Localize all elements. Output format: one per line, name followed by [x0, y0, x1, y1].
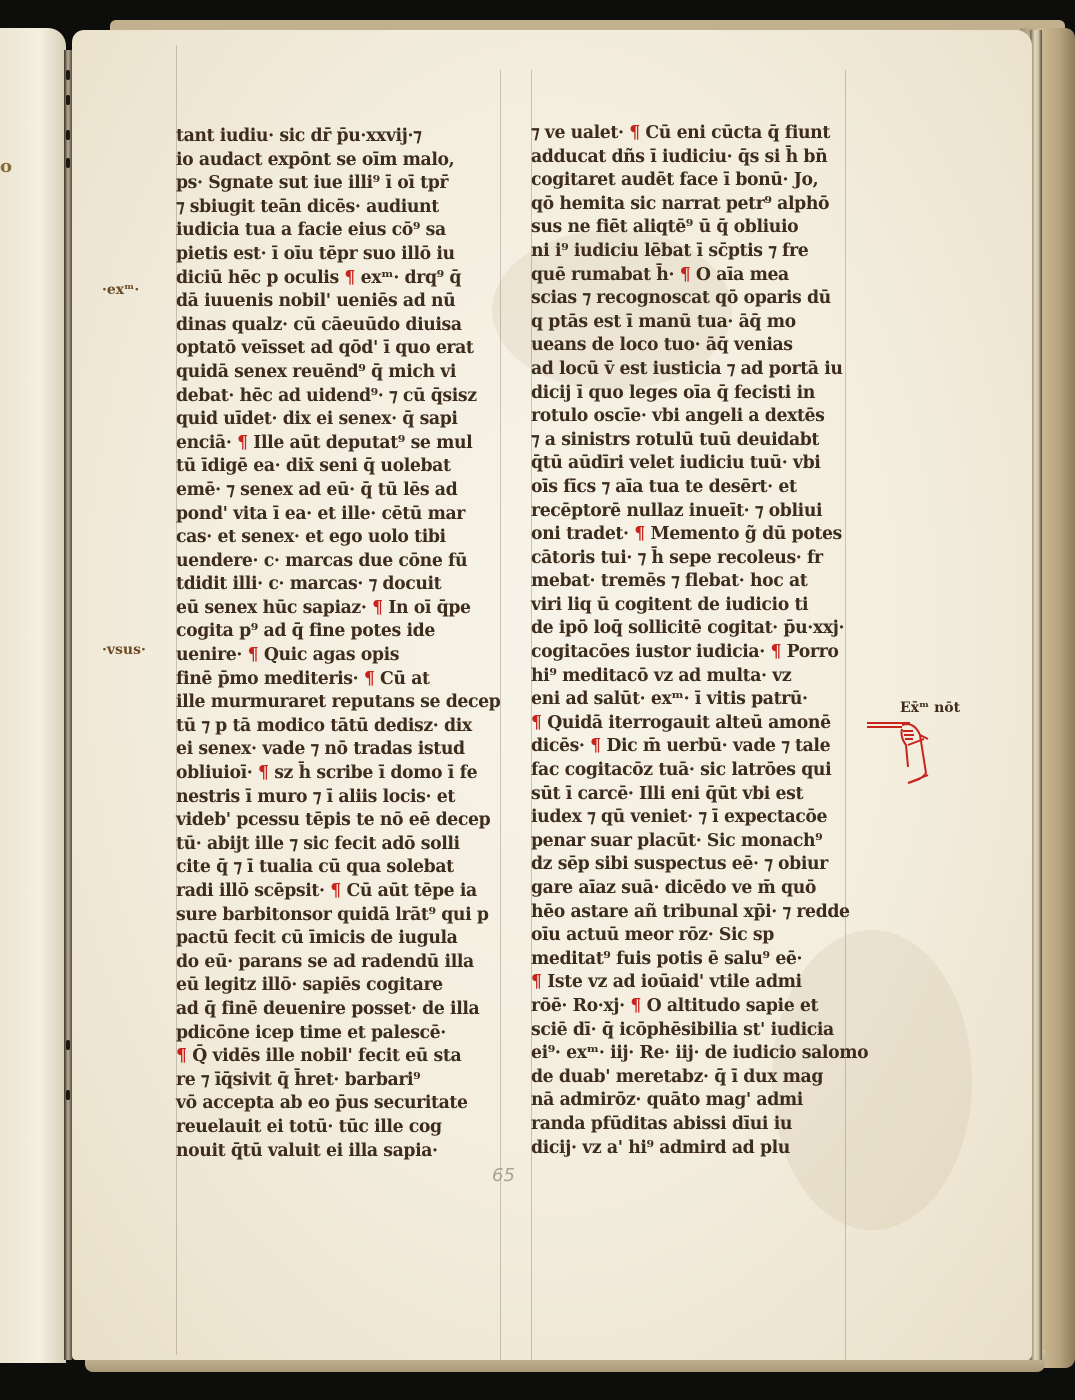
text-line: ueans de loco tuo· āq̄ venias [531, 334, 868, 358]
rubric-paraph: ¶ [531, 713, 542, 733]
text-line: cogitaret audēt face ī bonū· Jo, [531, 169, 868, 193]
text-line: rōē· Ro·xj· ¶ O altitudo sapie et [531, 995, 868, 1019]
sewing-hole [66, 70, 70, 80]
text-line: hēo astare añ tribunal xp̄i· ⁊ redde [531, 901, 868, 925]
text-line: obliuioī· ¶ sz h̄ scribe ī domo ī fe [176, 762, 500, 786]
text-line: fac cogitacōz tuā· sic latrōes qui [531, 759, 868, 783]
text-line: qō hemita sic narrat petr⁹ alphō [531, 193, 868, 217]
text-line: oīs fīcs ⁊ aīa tua te desērt· et [531, 476, 868, 500]
rubric-paraph: ¶ [258, 763, 269, 783]
text-line: penar suar placūt· Sic monach⁹ [531, 830, 868, 854]
text-line: ¶ Iste vz ad ioūaid' vtile admi [531, 971, 868, 995]
text-line: reuelauit ei totū· tūc ille cog [176, 1116, 500, 1140]
text-line: debat· hēc ad uidend⁹· ⁊ cū q̄sisz [176, 385, 500, 409]
text-line: nā admirōz· quāto mag' admi [531, 1089, 868, 1113]
text-line: de duab' meretabz· q̄ ī dux mag [531, 1066, 868, 1090]
facing-page-left: o [0, 28, 66, 1363]
manuscript-page: tant iudiu· sic dr̄ p̄u·xxvij·⁊io audact… [72, 30, 1032, 1360]
text-line: iudex ⁊ qū veniet· ⁊ ī expectacōe [531, 806, 868, 830]
text-line: tū īdigē ea· dix̄ seni q̄ uolebat [176, 455, 500, 479]
text-line: cite q̄ ⁊ ī tualia cū qua solebat [176, 856, 500, 880]
rubric-paraph: ¶ [248, 645, 259, 665]
text-line: radi illō scēpsit· ¶ Cū aūt tēpe ia [176, 880, 500, 904]
text-line: q̄tū aūdīri velet iudiciu tuū· vbi [531, 452, 868, 476]
rubric-paraph: ¶ [176, 1046, 187, 1066]
rubric-paraph: ¶ [630, 996, 641, 1016]
text-line: ni i⁹ iudiciu lēbat ī sc̄ptis ⁊ fre [531, 240, 868, 264]
rubric-paraph: ¶ [531, 972, 542, 992]
text-line: nestris ī muro ⁊ ī aliis locis· et [176, 786, 500, 810]
text-line: recēptorē nullaz inueīt· ⁊ obliui [531, 500, 868, 524]
rubric-paraph: ¶ [364, 669, 375, 689]
text-line: sus ne fiēt aliqtē⁹ ū q̄ obliuio [531, 216, 868, 240]
text-line: quidā senex reuēnd⁹ q̄ mich vi [176, 361, 500, 385]
text-line: randa pfūditas abissi dīui iu [531, 1113, 868, 1137]
text-line: ⁊ ve ualet· ¶ Cū eni cūcta q̄ fiunt [531, 122, 868, 146]
rubric-paraph: ¶ [590, 736, 601, 756]
book-gutter [64, 50, 72, 1360]
text-line: iudicia tua a facie eius cō⁹ sa [176, 219, 500, 243]
text-line: vō accepta ab eo p̄us securitate [176, 1092, 500, 1116]
text-line: ei⁹· exᵐ· iij· Re· iij· de iudicio salom… [531, 1042, 868, 1066]
text-line: pactū fecit cū īmicis de iugula [176, 927, 500, 951]
text-column-right: ⁊ ve ualet· ¶ Cū eni cūcta q̄ fiuntadduc… [531, 122, 868, 1160]
text-line: cas· et senex· et ego uolo tibi [176, 526, 500, 550]
text-line: uenire· ¶ Quic agas opis [176, 644, 500, 668]
text-line: pond' vita ī ea· et ille· cētū mar [176, 503, 500, 527]
text-line: tū ⁊ p tā modico tātū dedisz· dix [176, 715, 500, 739]
text-line: gare aīaz suā· dicēdo ve m̄ quō [531, 877, 868, 901]
rubric-paraph: ¶ [680, 265, 691, 285]
text-line: tant iudiu· sic dr̄ p̄u·xxvij·⁊ [176, 125, 500, 149]
margin-note-manicule: Ex̄ᵐ nōt [900, 700, 960, 716]
text-line: dicēs· ¶ Dic m̄ uerbū· vade ⁊ tale [531, 735, 868, 759]
text-line: hi⁹ meditacō vz ad multa· vz [531, 665, 868, 689]
sewing-hole [66, 158, 70, 168]
rubric-paraph: ¶ [237, 433, 248, 453]
text-line: diciū hēc p oculis ¶ exᵐ· drq⁹ q̄ [176, 267, 500, 291]
text-line: ⁊ a sinistrs rotulū tuū deuidabt [531, 429, 868, 453]
text-line: do eū· parans se ad radendū illa [176, 951, 500, 975]
text-line: eni ad salūt· exᵐ· ī vitis patrū· [531, 688, 868, 712]
margin-note-usus: ·vsus· [102, 642, 146, 658]
rubric-paraph: ¶ [770, 642, 781, 662]
text-line: finē p̄mo mediteris· ¶ Cū at [176, 668, 500, 692]
folio-number: 65 [492, 1165, 515, 1186]
text-line: ⁊ sbiugit teān dicēs· audiunt [176, 196, 500, 220]
rubric-paraph: ¶ [629, 123, 640, 143]
sewing-hole [66, 95, 70, 105]
text-line: emē· ⁊ senex ad eū· q̄ tū lēs ad [176, 479, 500, 503]
text-line: ille murmuraret reputans se decep [176, 691, 500, 715]
text-line: meditat⁹ fuis potis ē salu⁹ eē· [531, 948, 868, 972]
text-line: eū senex hūc sapiaz· ¶ In oī q̄ре [176, 597, 500, 621]
text-line: ¶ Quidā iterrogauit alteū amonē [531, 712, 868, 736]
text-line: sure barbitonsor quidā lrāt⁹ qui p [176, 904, 500, 928]
text-column-left: tant iudiu· sic dr̄ p̄u·xxvij·⁊io audact… [176, 125, 500, 1163]
text-line: ei senex· vade ⁊ nō tradas istud [176, 738, 500, 762]
text-line: dinas qualz· cū cāeuūdo diuisa [176, 314, 500, 338]
text-line: pdicōne icep time et palescē· [176, 1022, 500, 1046]
margin-note-exemplum: ·exᵐ· [102, 282, 139, 298]
text-line: dicij· vz a' hi⁹ admird ad plu [531, 1137, 868, 1161]
text-line: cogita p⁹ ad q̄ fine potes ide [176, 620, 500, 644]
sewing-hole [66, 130, 70, 140]
text-line: ps· Sgnate sut iue illi⁹ ī oī tpr̄ [176, 172, 500, 196]
text-line: sūt ī carcē· Illi eni q̄ūt vbi est [531, 783, 868, 807]
text-line: optatō veīsset ad qōd' ī quo erat [176, 337, 500, 361]
sewing-hole [66, 1040, 70, 1050]
text-line: pietis est· ī oīu tēpr suo illō iu [176, 243, 500, 267]
text-line: tū· abijt ille ⁊ sic fecit adō solli [176, 833, 500, 857]
text-line: oīu actuū meor rōz· Sic sp [531, 924, 868, 948]
text-line: de ipō loq̄ sollicitē cogitat· p̄u·xxj· [531, 617, 868, 641]
text-line: quid uīdet· dix ei senex· q̄ sapi [176, 408, 500, 432]
text-line: quē rumabat h̄· ¶ O aīa mea [531, 264, 868, 288]
rubric-paraph: ¶ [344, 268, 355, 288]
text-line: adducat dñs ī iudiciu· q̄s si h̄ bn̄ [531, 146, 868, 170]
text-line: ad q̄ finē deuenire posset· de illa [176, 998, 500, 1022]
sewing-hole [66, 1090, 70, 1100]
text-line: dicij ī quo leges oīa q̄ fecisti in [531, 382, 868, 406]
text-line: ad locū v̄ est iusticia ⁊ ad portā iu [531, 358, 868, 382]
text-line: re ⁊ īq̄sivit q̄ h̄ret· barbari⁹ [176, 1069, 500, 1093]
text-line: videb' pcessu tēpis te nō eē decep [176, 809, 500, 833]
text-line: dā iuuenis nobil' ueniēs ad nū [176, 290, 500, 314]
text-line: enciā· ¶ Ille aūt deputat⁹ se mul [176, 432, 500, 456]
text-line: mebat· tremēs ⁊ flebat· hoc at [531, 570, 868, 594]
text-line: io audact expōnt se oīm malo, [176, 149, 500, 173]
text-line: sciē dī· q̄ icōphēsibilia st' iudicia [531, 1019, 868, 1043]
rubric-paraph: ¶ [634, 524, 645, 544]
text-line: oni tradet· ¶ Memento g̃ dū potes [531, 523, 868, 547]
text-line: nouit q̄tū valuit ei illa sapia· [176, 1140, 500, 1164]
pointing-hand-icon [862, 715, 952, 805]
text-line: q ptās est ī manū tua· āq̄ mo [531, 311, 868, 335]
rubric-paraph: ¶ [372, 598, 383, 618]
rubric-paraph: ¶ [330, 881, 341, 901]
text-line: cogitacōes iustor iudicia· ¶ Porro [531, 641, 868, 665]
text-line: ¶ Q̄ vidēs ille nobil' fecit eū sta [176, 1045, 500, 1069]
text-line: dz sēp sibi suspectus eē· ⁊ obiur [531, 853, 868, 877]
text-line: eū legitz illō· sapiēs cogitare [176, 974, 500, 998]
text-line: rotulo oscīe· vbi angeli a dextēs [531, 405, 868, 429]
text-line: scias ⁊ recognoscat qō oparis dū [531, 287, 868, 311]
text-line: tdidit illi· c· marcas· ⁊ docuit [176, 573, 500, 597]
text-line: cātoris tui· ⁊ h̄ sepe recoleus· fr [531, 547, 868, 571]
facing-page-edge-letter: o [0, 156, 12, 177]
text-line: viri liq ū cogitent de iudicio ti [531, 594, 868, 618]
text-line: uendere· c· marcas due cōne fū [176, 550, 500, 574]
